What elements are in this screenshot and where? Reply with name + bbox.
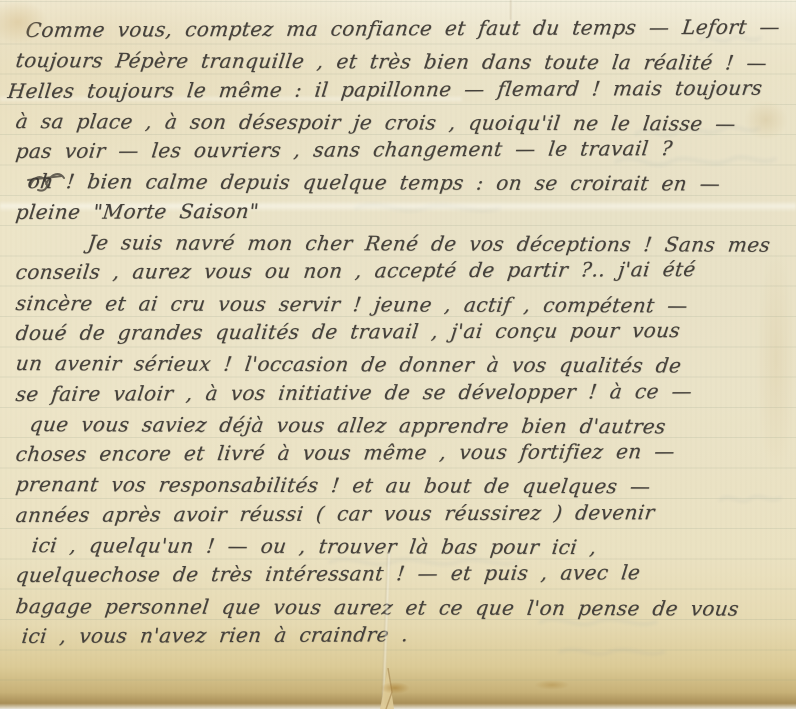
letter-body: Comme vous, comptez ma confiance et faut… xyxy=(4,15,796,651)
letter-line: choses encore et livré à vous même , vou… xyxy=(4,436,796,470)
edge-stain xyxy=(756,240,796,480)
letter-line: Comme vous, comptez ma confiance et faut… xyxy=(4,12,796,46)
letter-line: pas voir — les ouvriers , sans changemen… xyxy=(4,133,796,167)
letter-line: conseils , aurez vous ou non , accepté d… xyxy=(4,254,796,288)
bottom-stain xyxy=(534,680,570,690)
letter-line: se faire valoir , à vos initiative de se… xyxy=(4,375,796,409)
letter-line: pleine "Morte Saison" xyxy=(4,193,796,227)
letter-line: années après avoir réussi ( car vous réu… xyxy=(4,496,796,530)
letter-line: doué de grandes qualités de travail , j'… xyxy=(4,315,796,349)
bottom-stain xyxy=(380,682,410,694)
letter-page: Comme vous, comptez ma confiance et faut… xyxy=(0,0,796,709)
letter-line: ici , vous n'avez rien à craindre . xyxy=(4,617,796,651)
edge-stain xyxy=(744,100,788,140)
ink-correction-mark xyxy=(26,168,68,194)
letter-line: Helles toujours le même : il papillonne … xyxy=(4,72,796,106)
letter-line: quelquechose de très intéressant ! — et … xyxy=(4,557,796,591)
top-crease xyxy=(510,0,513,20)
